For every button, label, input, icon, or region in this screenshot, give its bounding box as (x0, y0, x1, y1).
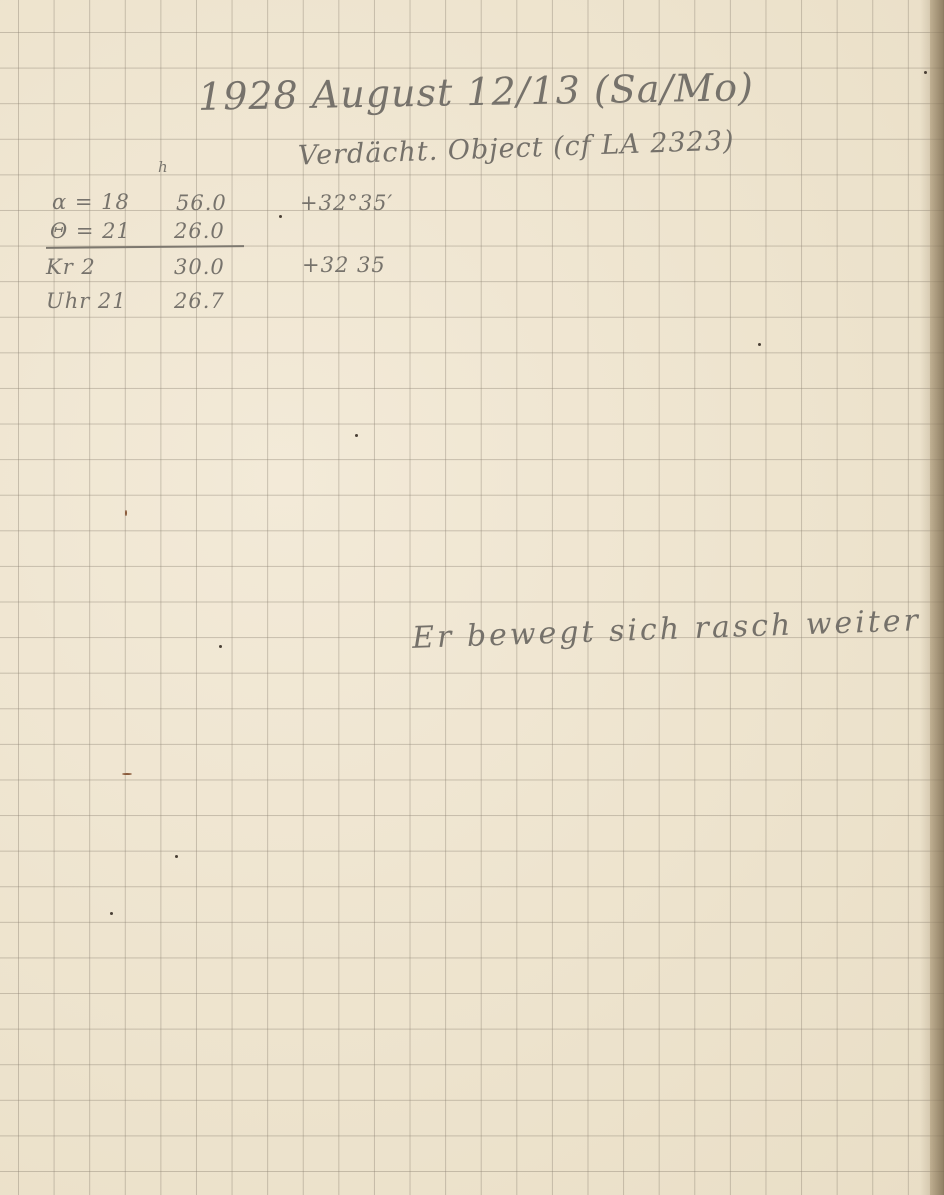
paper-speck (125, 510, 127, 516)
row-alpha-value: 56.0 (176, 191, 227, 215)
paper-speck (758, 343, 761, 346)
row-theta-label: Θ = 21 (50, 219, 131, 243)
row-alpha-label: α = 18 (52, 190, 130, 214)
paper-speck (924, 71, 927, 74)
row-alpha-declination: +32°35′ (300, 191, 393, 215)
paper-speck (279, 215, 282, 218)
row-kr-value: 30.0 (174, 255, 225, 279)
paper-speck (175, 855, 178, 858)
binding-shadow (930, 0, 944, 1195)
row-uhr-value: 26.7 (174, 289, 225, 313)
paper-speck (355, 434, 358, 437)
grid-lines (0, 0, 944, 1195)
row-kr-declination: +32 35 (302, 253, 386, 277)
notebook-page: 1928 August 12/13 (Sa/Mo) Verdächt. Obje… (0, 0, 944, 1195)
paper-speck (122, 773, 132, 775)
paper-speck (219, 645, 222, 648)
paper-speck (110, 912, 113, 915)
row-uhr-label: Uhr 21 (46, 289, 127, 313)
row-theta-value: 26.0 (174, 219, 225, 243)
hour-superscript: h (158, 158, 169, 176)
row-kr-label: Kr 2 (46, 255, 96, 279)
